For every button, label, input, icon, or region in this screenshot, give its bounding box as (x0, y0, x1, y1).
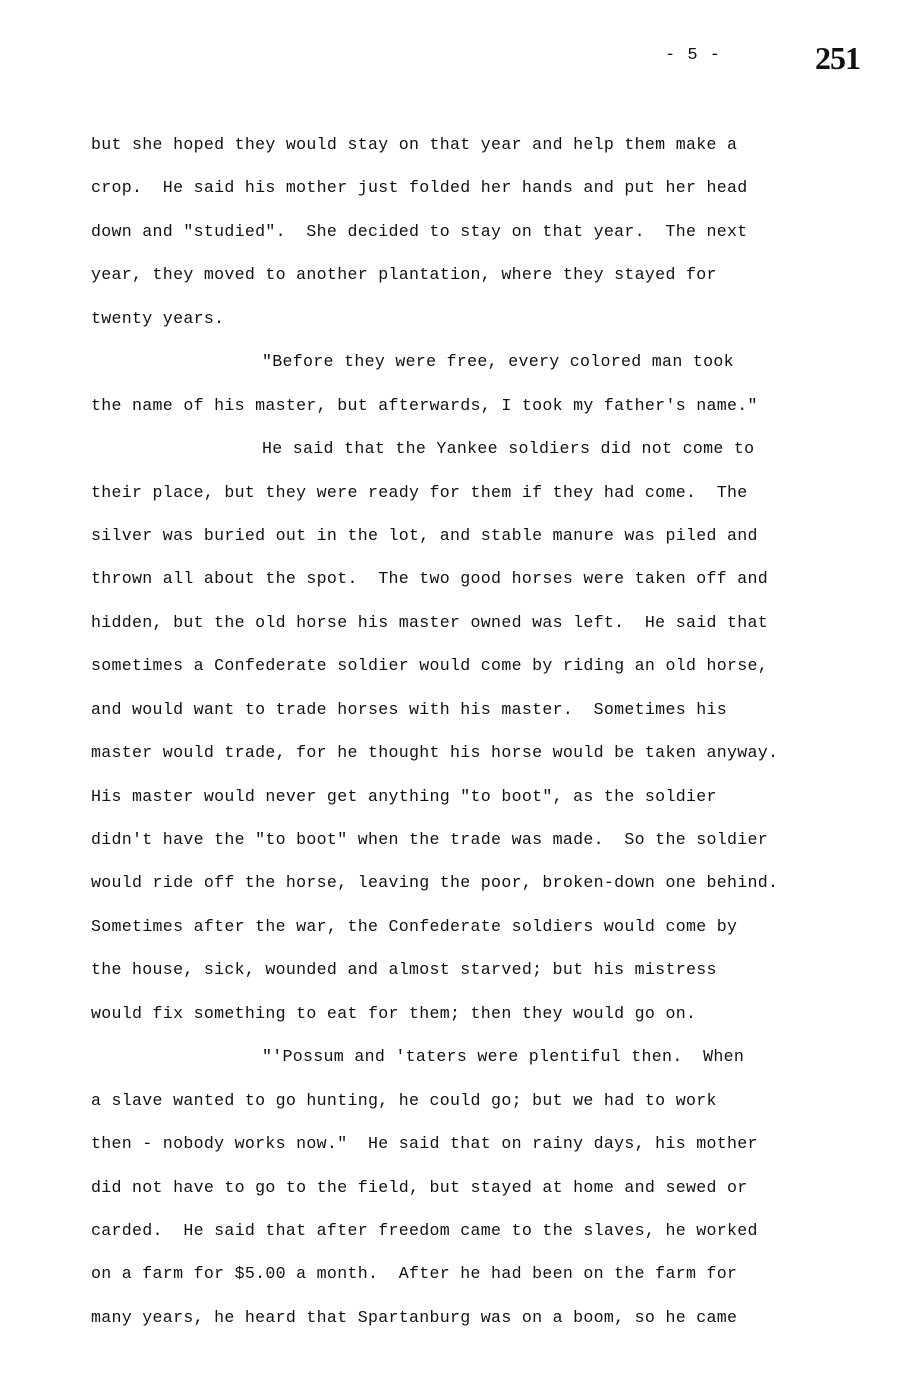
text-line: many years, he heard that Spartanburg wa… (91, 1303, 851, 1346)
text-line: sometimes a Confederate soldier would co… (91, 651, 851, 694)
page-marker: - 5 - (665, 46, 721, 65)
document-body: but she hoped they would stay on that ye… (91, 130, 851, 1346)
text-line: Sometimes after the war, the Confederate… (91, 912, 851, 955)
text-line: hidden, but the old horse his master own… (91, 608, 851, 651)
text-line: thrown all about the spot. The two good … (91, 564, 851, 607)
stamp-number: 251 (815, 40, 860, 77)
text-line: twenty years. (91, 304, 851, 347)
text-line: but she hoped they would stay on that ye… (91, 130, 851, 173)
text-line: He said that the Yankee soldiers did not… (91, 434, 851, 477)
text-line: down and "studied". She decided to stay … (91, 217, 851, 260)
text-line: master would trade, for he thought his h… (91, 738, 851, 781)
text-line: would fix something to eat for them; the… (91, 999, 851, 1042)
text-line: and would want to trade horses with his … (91, 695, 851, 738)
text-line: on a farm for $5.00 a month. After he ha… (91, 1259, 851, 1302)
text-line: the name of his master, but afterwards, … (91, 391, 851, 434)
text-line: crop. He said his mother just folded her… (91, 173, 851, 216)
text-line: silver was buried out in the lot, and st… (91, 521, 851, 564)
text-line: didn't have the "to boot" when the trade… (91, 825, 851, 868)
text-line: then - nobody works now." He said that o… (91, 1129, 851, 1172)
text-line: would ride off the horse, leaving the po… (91, 868, 851, 911)
text-line: "'Possum and 'taters were plentiful then… (91, 1042, 851, 1085)
text-line: year, they moved to another plantation, … (91, 260, 851, 303)
text-line: His master would never get anything "to … (91, 782, 851, 825)
text-line: "Before they were free, every colored ma… (91, 347, 851, 390)
text-line: carded. He said that after freedom came … (91, 1216, 851, 1259)
text-line: the house, sick, wounded and almost star… (91, 955, 851, 998)
text-line: their place, but they were ready for the… (91, 478, 851, 521)
text-line: did not have to go to the field, but sta… (91, 1173, 851, 1216)
text-line: a slave wanted to go hunting, he could g… (91, 1086, 851, 1129)
